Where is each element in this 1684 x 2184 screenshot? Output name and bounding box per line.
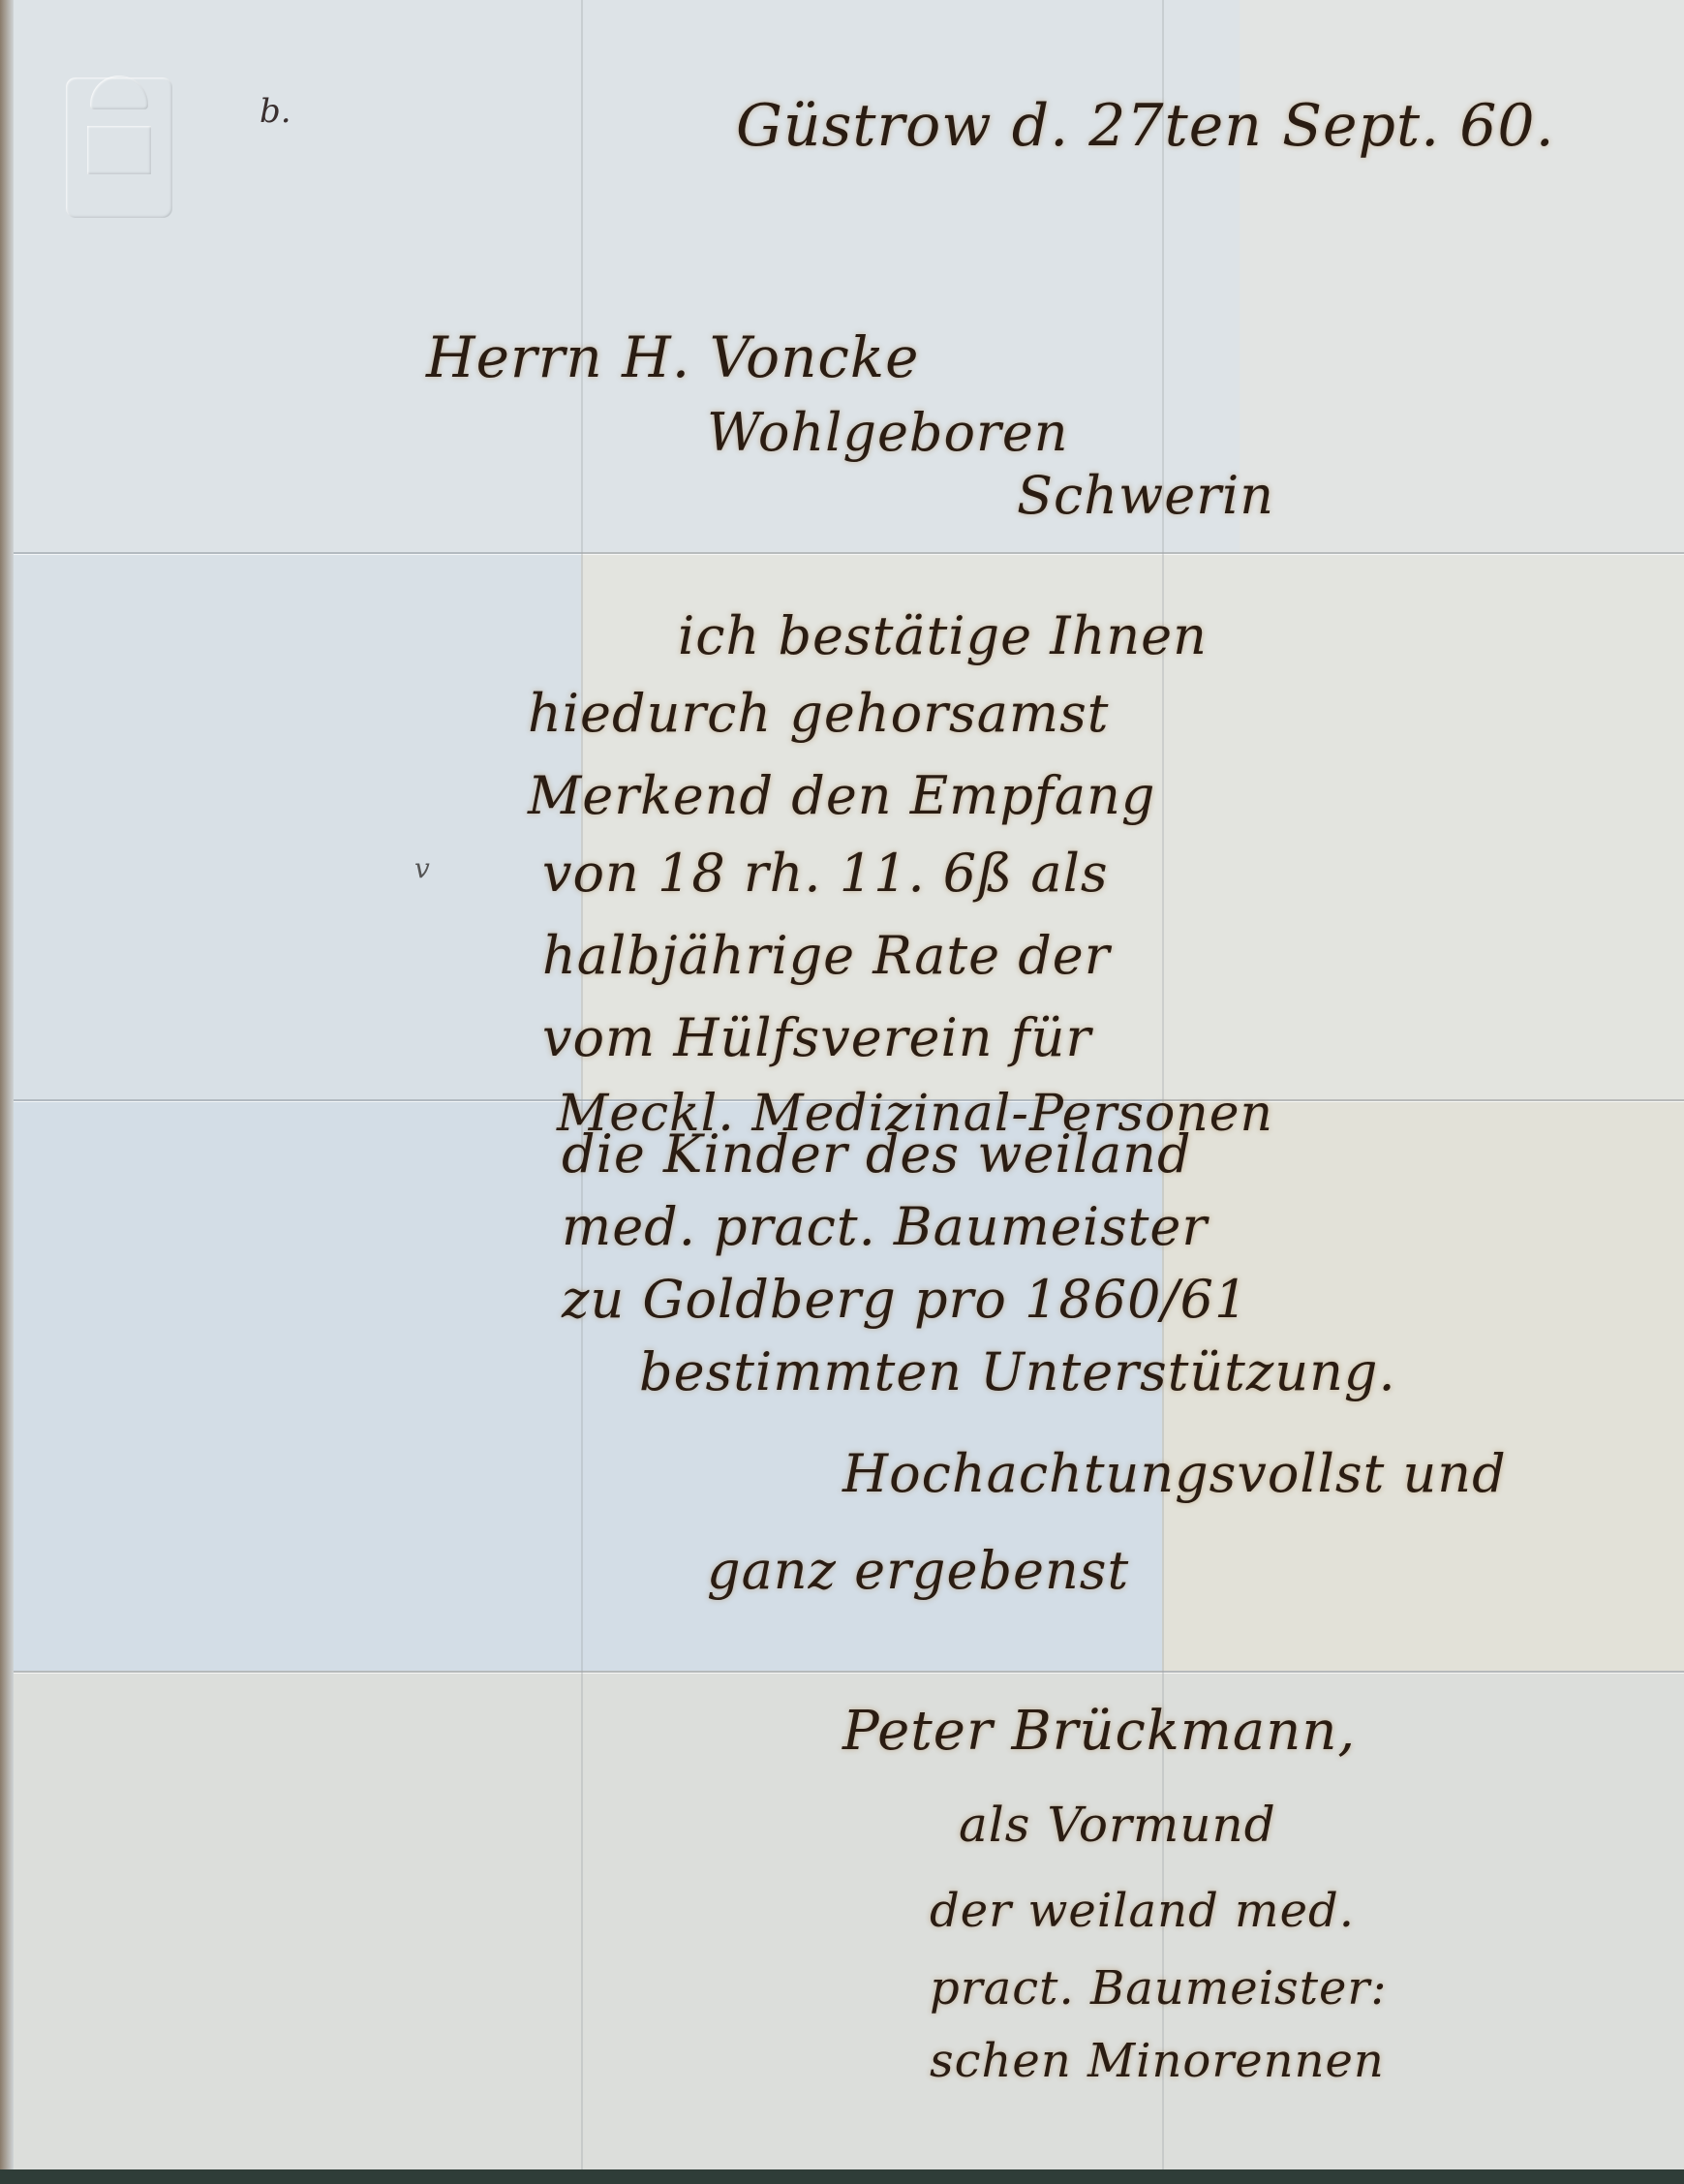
shield-icon bbox=[87, 126, 151, 174]
closing-line: Hochachtungsvollst und bbox=[842, 1443, 1507, 1504]
margin-mark: v bbox=[414, 852, 430, 884]
address-city: Schwerin bbox=[1017, 465, 1274, 526]
letter-paper: b. v Güstrow d. 27ten Sept. 60. Herrn H.… bbox=[0, 0, 1684, 2184]
body-line: bestimmten Unterstützung. bbox=[639, 1341, 1396, 1402]
signature-line: als Vormund bbox=[959, 1797, 1276, 1853]
fold-line bbox=[0, 1671, 1684, 1673]
address-title: Wohlgeboren bbox=[707, 402, 1069, 463]
background-surface bbox=[0, 2169, 1684, 2184]
body-line: hiedurch gehorsamst bbox=[528, 683, 1110, 744]
signature-line: schen Minorennen bbox=[930, 2034, 1385, 2088]
paper-panel bbox=[1240, 0, 1684, 552]
body-line: med. pract. Baumeister bbox=[562, 1196, 1208, 1257]
dateline: Güstrow d. 27ten Sept. 60. bbox=[736, 92, 1555, 160]
body-line: die Kinder des weiland bbox=[562, 1123, 1192, 1184]
body-line: vom Hülfsverein für bbox=[542, 1007, 1091, 1068]
crown-icon bbox=[90, 76, 148, 109]
paper-panel bbox=[0, 552, 581, 1099]
body-line: halbjährige Rate der bbox=[542, 925, 1111, 986]
signature-line: der weiland med. bbox=[930, 1884, 1355, 1938]
paper-edge bbox=[0, 0, 14, 2184]
closing-line: ganz ergebenst bbox=[707, 1540, 1129, 1601]
body-line: zu Goldberg pro 1860/61 bbox=[562, 1269, 1248, 1330]
address-salutation: Herrn H. Voncke bbox=[426, 324, 919, 390]
corner-mark: b. bbox=[260, 92, 291, 131]
signature-line: pract. Baumeister: bbox=[930, 1961, 1388, 2015]
body-line: Merkend den Empfang bbox=[528, 765, 1155, 826]
body-line: von 18 rh. 11. 6ß als bbox=[542, 843, 1109, 904]
body-line: ich bestätige Ihnen bbox=[678, 605, 1208, 666]
embossed-seal-icon bbox=[66, 77, 172, 218]
fold-line bbox=[0, 552, 1684, 554]
signature-name: Peter Brückmann, bbox=[842, 1700, 1356, 1763]
